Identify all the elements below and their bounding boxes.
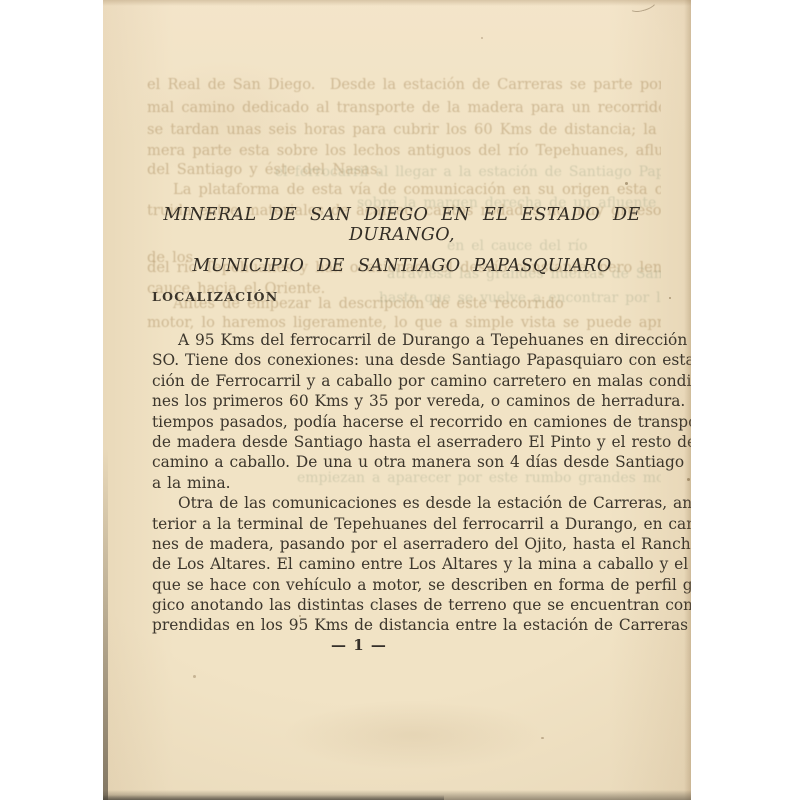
body-text-line: prendidas en los 95 Kms de distancia ent… xyxy=(152,615,652,635)
body-text-line: tiempos pasados, podía hacerse el recorr… xyxy=(152,412,652,432)
body-text-line: gico anotando las distintas clases de te… xyxy=(152,595,652,615)
body-text-line: nes los primeros 60 Kms y 35 por vereda,… xyxy=(152,391,652,411)
page-number: — 1 — xyxy=(331,636,387,654)
body-text-line: A 95 Kms del ferrocarril de Durango a Te… xyxy=(152,330,652,350)
title-line-2: MUNICIPIO DE SANTIAGO PAPASQUIARO xyxy=(152,256,652,276)
scan-canvas: el Real de San Diego. Desde la estación … xyxy=(0,0,800,800)
scan-edge-top xyxy=(103,0,691,6)
scan-edge-right xyxy=(684,0,691,800)
document-title: MINERAL DE SAN DIEGO EN EL ESTADO DE DUR… xyxy=(152,205,652,276)
page-content: MINERAL DE SAN DIEGO EN EL ESTADO DE DUR… xyxy=(103,0,691,800)
body-text-line: de madera desde Santiago hasta el aserra… xyxy=(152,432,652,452)
scanned-page: el Real de San Diego. Desde la estación … xyxy=(103,0,691,800)
body-text-line: de Los Altares. El camino entre Los Alta… xyxy=(152,554,652,574)
paper-speck xyxy=(541,737,544,739)
paper-speck xyxy=(481,37,483,39)
body-text-line: ción de Ferrocarril y a caballo por cami… xyxy=(152,371,652,391)
scan-edge-bottom-dark xyxy=(103,795,444,800)
body-text-line: nes de madera, pasando por el aserradero… xyxy=(152,534,652,554)
body-text-line: a la mina. xyxy=(152,473,652,493)
body-text-line: SO. Tiene dos conexiones: una desde Sant… xyxy=(152,350,652,370)
body-text-line: terior a la terminal de Tepehuanes del f… xyxy=(152,514,652,534)
title-line-1: MINERAL DE SAN DIEGO EN EL ESTADO DE DUR… xyxy=(152,205,652,245)
body-text-line: Otra de las comunicaciones es desde la e… xyxy=(152,493,652,513)
paper-speck xyxy=(193,675,196,678)
paper-speck xyxy=(669,297,671,299)
body-text-line: que se hace con vehículo a motor, se des… xyxy=(152,575,652,595)
section-heading-localizacion: LOCALIZACIÓN xyxy=(152,289,279,304)
body-text-line: camino a caballo. De una u otra manera s… xyxy=(152,452,652,472)
paper-speck xyxy=(687,478,690,481)
body-text: A 95 Kms del ferrocarril de Durango a Te… xyxy=(152,330,652,636)
scan-edge-left-shadow xyxy=(103,448,108,800)
paper-speck xyxy=(625,182,628,185)
paper-speck xyxy=(299,615,301,617)
